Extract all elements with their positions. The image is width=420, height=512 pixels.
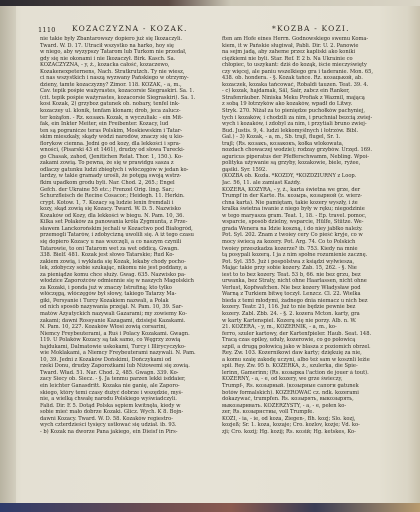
page-number: 1110 xyxy=(38,26,56,34)
scanner-edge-bottom xyxy=(0,503,420,512)
text-line: Cav. tepik pośpie ważyrastes, kozacorsie… xyxy=(40,88,212,95)
right-column: ften am Hofe eines Herrn. Godnowskiego s… xyxy=(222,36,395,435)
text-line: lek, zdobyczy sobie szukając, nikomu nie… xyxy=(40,265,212,272)
left-column: nie takie były Zbantarowszy dopiero już … xyxy=(40,36,212,435)
text-line: w niego, aby wyzypszy Tatarom lub Turkom… xyxy=(40,49,212,56)
running-head-right: *KOZBA - KOZI. xyxy=(272,24,350,33)
text-line: włodzice Zaporożców odmiennie się w nasz… xyxy=(40,278,212,285)
text-line: - b) Kozak na dworze Pana jakiego, ein D… xyxy=(40,429,212,436)
book-spine-shadow xyxy=(0,4,16,504)
running-head-left: KOZACZYZNA - KOZAK. xyxy=(72,24,188,33)
book-page: 1110 KOZACZYZNA - KOZAK. *KOZBA - KOZI. … xyxy=(0,4,420,504)
text-line: wie Moklakami, a Niemcy Freybeuterami na… xyxy=(40,350,212,357)
scanner-edge-top xyxy=(0,0,420,6)
text-line: przemogli Tatarów, i zdobycizną uwolili … xyxy=(40,232,212,239)
text-line: Kilka set Polaków za panowania króla Zyg… xyxy=(40,219,212,226)
text-line: rzeki Donu, drudzy Zaporożkami lub Niżow… xyxy=(40,363,212,370)
text-line: matów Azyatyckich nazywali Gazarami; my … xyxy=(40,311,212,318)
text-line: zji; Cro. kozij; Hg. kozij; Rs. козiй; H… xyxy=(222,429,395,436)
text-line: nozdach chowaczej wodzie); rodzay grzybó… xyxy=(222,147,395,154)
text-line: ci nas wszystkich i naszą wyzwany Pański… xyxy=(40,75,212,82)
